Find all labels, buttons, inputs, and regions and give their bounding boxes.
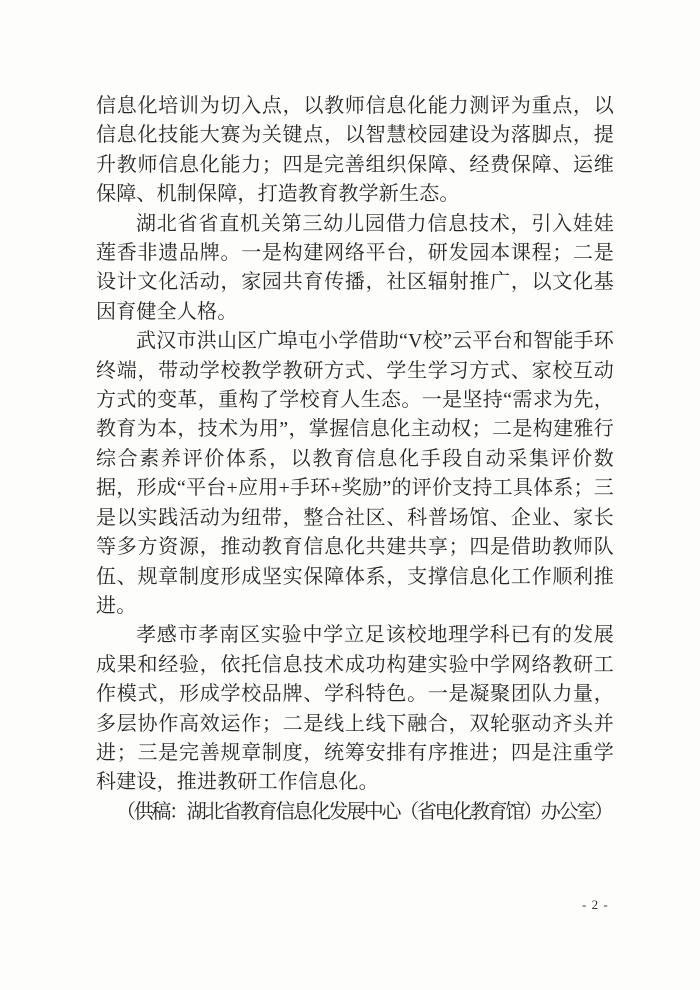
- document-page: 信息化培训为切入点，以教师信息化能力测评为重点，以信息化技能大赛为关键点，以智慧…: [0, 0, 700, 990]
- attribution-line: （供稿：湖北省教育信息化发展中心（省电化教育馆）办公室）: [96, 798, 614, 827]
- paragraph-kindergarten: 湖北省省直机关第三幼儿园借力信息技术，引入娃娃莲香非遗品牌。一是构建网络平台，研…: [96, 210, 614, 328]
- page-number: - 2 -: [582, 897, 609, 913]
- document-body: 信息化培训为切入点，以教师信息化能力测评为重点，以信息化技能大赛为关键点，以智慧…: [96, 92, 614, 827]
- paragraph-xiaogan-middle-school: 孝感市孝南区实验中学立足该校地理学科已有的发展成果和经验，依托信息技术成功构建实…: [96, 621, 614, 797]
- paragraph-continuation: 信息化培训为切入点，以教师信息化能力测评为重点，以信息化技能大赛为关键点，以智慧…: [96, 92, 614, 210]
- paragraph-wuhan-primary-school: 武汉市洪山区广埠屯小学借助“V校”云平台和智能手环终端，带动学校教学教研方式、学…: [96, 327, 614, 621]
